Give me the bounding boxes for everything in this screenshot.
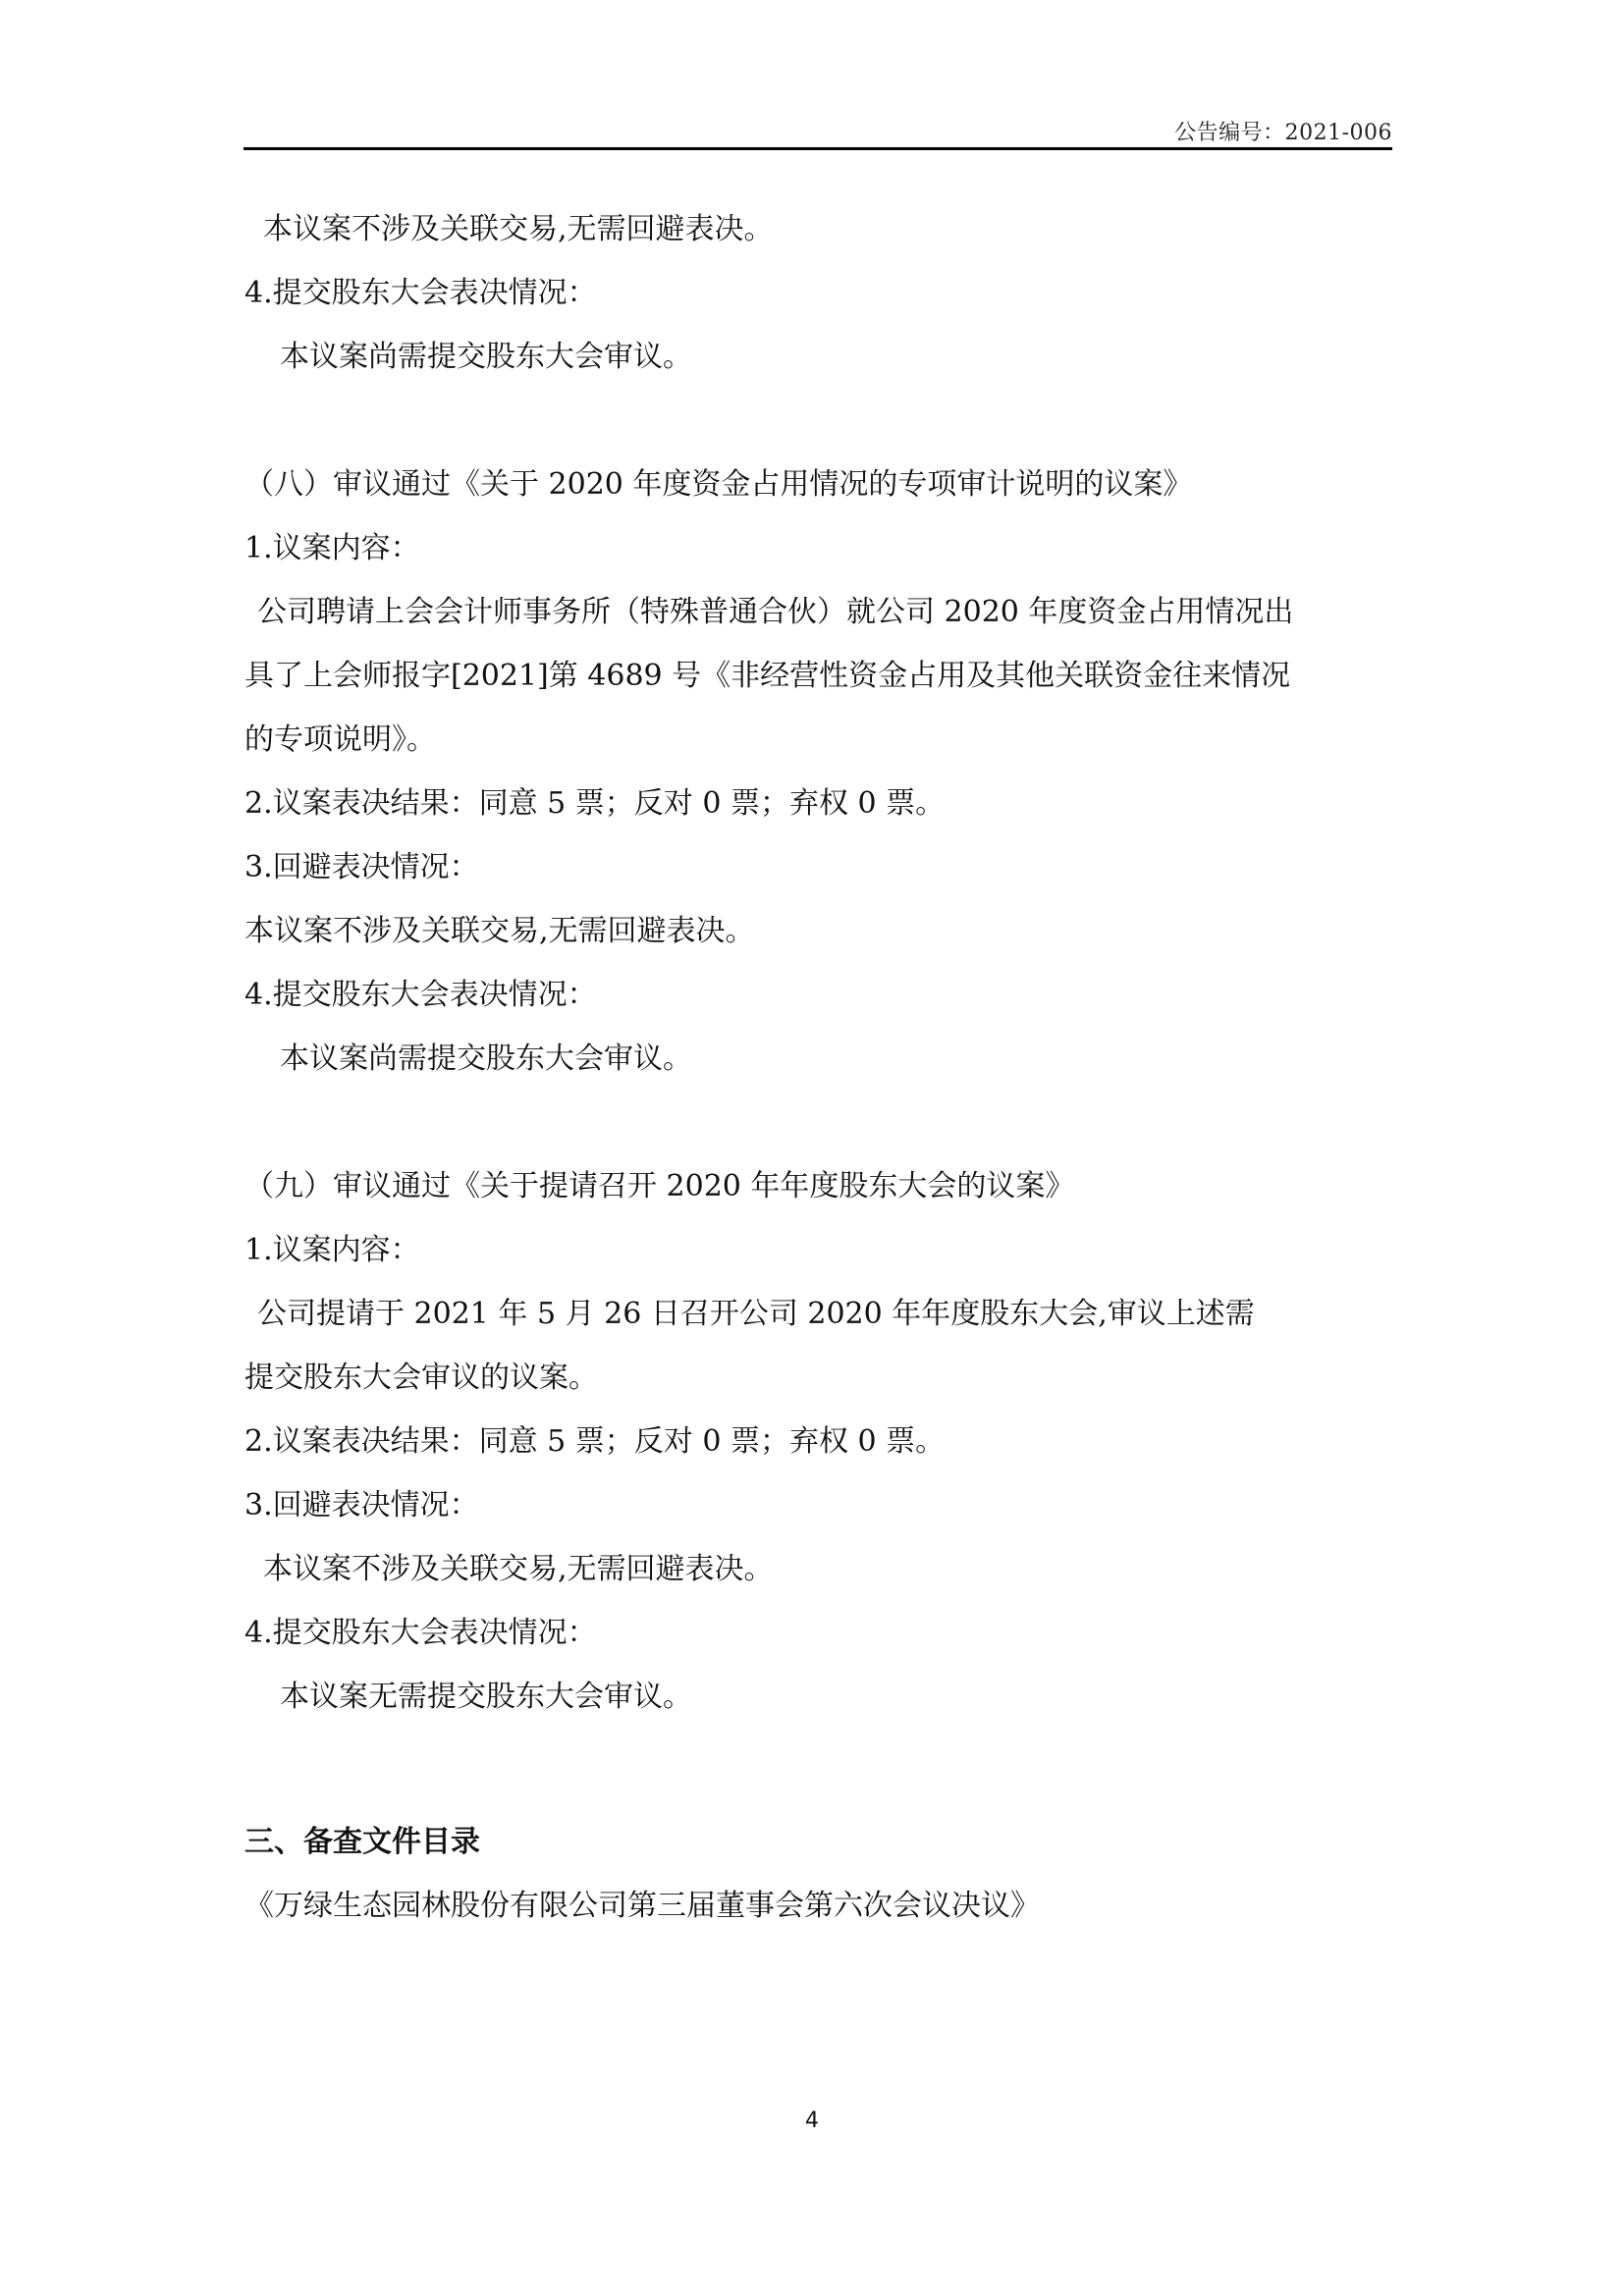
item-label: 1.议案内容：: [244, 1231, 420, 1270]
item-label: 3.回避表决情况：: [244, 848, 479, 887]
body-text: 提交股东大会审议的议案。: [244, 1359, 598, 1398]
header-announcement-code: 公告编号：2021-006: [1174, 116, 1392, 146]
body-text: 本议案不涉及关联交易,无需回避表决。: [263, 210, 774, 249]
header-rule: [244, 147, 1392, 150]
body-text: 本议案尚需提交股东大会审议。: [280, 338, 692, 377]
item-label: 4.提交股东大会表决情况：: [244, 976, 597, 1015]
body-text: 具了上会师报字[2021]第 4689 号《非经营性资金占用及其他关联资金往来情…: [244, 657, 1290, 696]
item9-title: （九）审议通过《关于提请召开 2020 年年度股东大会的议案》: [244, 1167, 1074, 1206]
body-text: 公司提请于 2021 年 5 月 26 日召开公司 2020 年年度股东大会,审…: [257, 1295, 1255, 1334]
item8-title: （八）审议通过《关于 2020 年度资金占用情况的专项审计说明的议案》: [244, 465, 1192, 505]
body-text: 的专项说明》。: [244, 721, 436, 760]
body-text: 公司聘请上会会计师事务所（特殊普通合伙）就公司 2020 年度资金占用情况出: [257, 593, 1293, 632]
body-text: 本议案尚需提交股东大会审议。: [280, 1040, 692, 1079]
item-label: 4.提交股东大会表决情况：: [244, 1614, 597, 1653]
item-label: 1.议案内容：: [244, 529, 420, 568]
item-label: 3.回避表决情况：: [244, 1486, 479, 1525]
vote-result: 2.议案表决结果：同意 5 票；反对 0 票；弃权 0 票。: [244, 1422, 945, 1462]
body-text: 本议案不涉及关联交易,无需回避表决。: [263, 1550, 774, 1589]
item-label: 4.提交股东大会表决情况：: [244, 274, 597, 313]
reference-document: 《万绿生态园林股份有限公司第三届董事会第六次会议决议》: [244, 1887, 1040, 1926]
page-number: 4: [0, 2109, 1624, 2133]
body-text: 本议案无需提交股东大会审议。: [280, 1678, 692, 1717]
body-text: 本议案不涉及关联交易,无需回避表决。: [244, 912, 755, 951]
section3-heading: 三、备查文件目录: [244, 1823, 480, 1862]
vote-result: 2.议案表决结果：同意 5 票；反对 0 票；弃权 0 票。: [244, 784, 945, 824]
